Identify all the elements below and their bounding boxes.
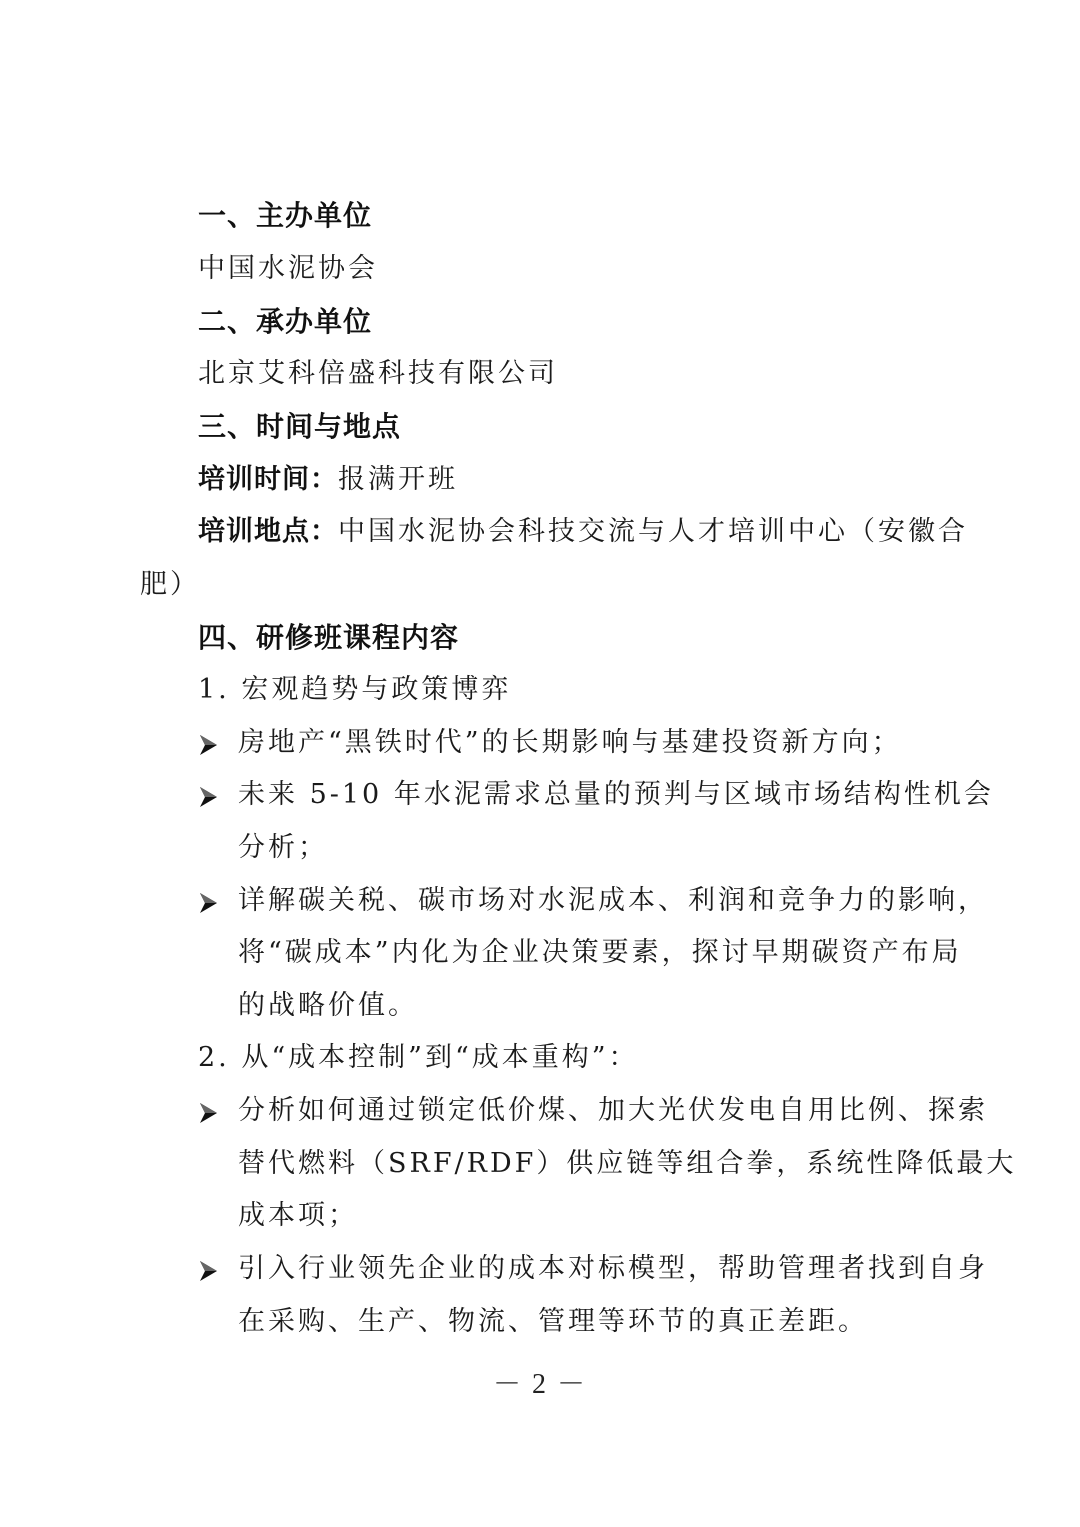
bullet-line: 将“碳成本”内化为企业决策要素，探讨早期碳资产布局: [238, 935, 962, 971]
bullet-line: 成本项；: [238, 1198, 358, 1234]
bullet-line: 分析；: [238, 830, 328, 866]
topic-title: 1. 宏观趋势与政策博弈: [198, 672, 511, 708]
training-location-value: 中国水泥协会科技交流与人才培训中心（安徽合: [338, 516, 968, 547]
section-heading: 四、研修班课程内容: [198, 620, 459, 656]
section-heading: 三、时间与地点: [198, 409, 401, 445]
bullet-line: 房地产“黑铁时代”的长期影响与基建投资新方向；: [238, 725, 902, 761]
bullet-line: 替代燃料（SRF/RDF）供应链等组合拳，系统性降低最大: [238, 1146, 1016, 1182]
topic-title: 2. 从“成本控制”到“成本重构”：: [198, 1040, 639, 1076]
document-page: 一、主办单位 中国水泥协会 二、承办单位 北京艾科倍盛科技有限公司 三、时间与地…: [0, 0, 1080, 1527]
page-number: － 2 －: [0, 1362, 1080, 1402]
training-time-value: 报满开班: [338, 464, 458, 495]
bullet-line: 详解碳关税、碳市场对水泥成本、利润和竞争力的影响，: [238, 883, 988, 919]
organizer-name: 中国水泥协会: [198, 251, 378, 287]
section-heading: 一、主办单位: [198, 198, 372, 234]
training-time-label: 培训时间：: [198, 464, 338, 495]
arrowhead-bullet-icon: [198, 892, 218, 914]
training-location-continued: 肥）: [140, 567, 200, 603]
bullet-line: 未来 5-10 年水泥需求总量的预判与区域市场结构性机会: [238, 777, 994, 813]
bullet-line: 的战略价值。: [238, 988, 418, 1024]
co-organizer-name: 北京艾科倍盛科技有限公司: [198, 356, 558, 392]
section-heading: 二、承办单位: [198, 304, 372, 340]
bullet-line: 在采购、生产、物流、管理等环节的真正差距。: [238, 1304, 868, 1340]
training-location-label: 培训地点：: [198, 516, 338, 547]
bullet-line: 引入行业领先企业的成本对标模型，帮助管理者找到自身: [238, 1251, 988, 1287]
bullet-line: 分析如何通过锁定低价煤、加大光伏发电自用比例、探索: [238, 1093, 988, 1129]
arrowhead-bullet-icon: [198, 1260, 218, 1282]
training-location: 培训地点：中国水泥协会科技交流与人才培训中心（安徽合: [198, 514, 968, 550]
arrowhead-bullet-icon: [198, 786, 218, 808]
arrowhead-bullet-icon: [198, 1102, 218, 1124]
training-time: 培训时间：报满开班: [198, 462, 458, 498]
arrowhead-bullet-icon: [198, 734, 218, 756]
